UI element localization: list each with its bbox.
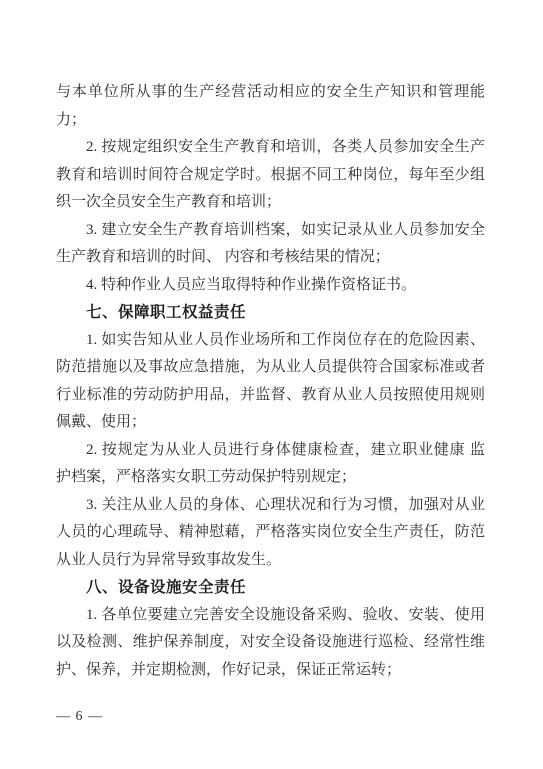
text-line: 防范措施以及事故应急措施，为从业人员提供符合国家标准或者 bbox=[56, 354, 485, 382]
text-line: 行业标准的劳动防护用品，并监督、教育从业人员按照使用规则 bbox=[56, 382, 485, 410]
text-line: 3. 关注从业人员的身体、心理状况和行为习惯，加强对从业 bbox=[56, 492, 485, 520]
text-line: 1. 各单位要建立完善安全设施设备采购、验收、安装、使用 bbox=[56, 602, 485, 630]
text-line: 从业人员行为异常导致事故发生。 bbox=[56, 547, 485, 575]
text-line: 力； bbox=[56, 107, 485, 135]
text-line: 2. 按规定为从业人员进行身体健康检查，建立职业健康 监 bbox=[56, 437, 485, 465]
text-line: 2. 按规定组织安全生产教育和培训，各类人员参加安全生产 bbox=[56, 134, 485, 162]
text-line: 教育和培训时间符合规定学时。根据不同工种岗位，每年至少组 bbox=[56, 162, 485, 190]
text-line: 护档案，严格落实女职工劳动保护特别规定； bbox=[56, 464, 485, 492]
text-line: 与本单位所从事的生产经营活动相应的安全生产知识和管理能 bbox=[56, 79, 485, 107]
document-page: 与本单位所从事的生产经营活动相应的安全生产知识和管理能力；2. 按规定组织安全生… bbox=[0, 0, 543, 769]
text-line: 1. 如实告知从业人员作业场所和工作岗位存在的危险因素、 bbox=[56, 327, 485, 355]
text-line: 织一次全员安全生产教育和培训； bbox=[56, 189, 485, 217]
section-heading: 七、保障职工权益责任 bbox=[56, 299, 485, 327]
page-number: — 6 — bbox=[56, 708, 103, 726]
text-line: 人员的心理疏导、精神慰藉，严格落实岗位安全生产责任，防范 bbox=[56, 519, 485, 547]
text-line: 以及检测、维护保养制度，对安全设备设施进行巡检、经常性维 bbox=[56, 629, 485, 657]
document-body: 与本单位所从事的生产经营活动相应的安全生产知识和管理能力；2. 按规定组织安全生… bbox=[56, 79, 485, 684]
section-heading: 八、设备设施安全责任 bbox=[56, 574, 485, 602]
text-line: 生产教育和培训的时间、 内容和考核结果的情况； bbox=[56, 244, 485, 272]
text-line: 3. 建立安全生产教育培训档案，如实记录从业人员参加安全 bbox=[56, 217, 485, 245]
text-line: 护、保养，并定期检测，作好记录，保证正常运转； bbox=[56, 657, 485, 685]
text-line: 4. 特种作业人员应当取得特种作业操作资格证书。 bbox=[56, 272, 485, 300]
text-line: 佩戴、使用； bbox=[56, 409, 485, 437]
